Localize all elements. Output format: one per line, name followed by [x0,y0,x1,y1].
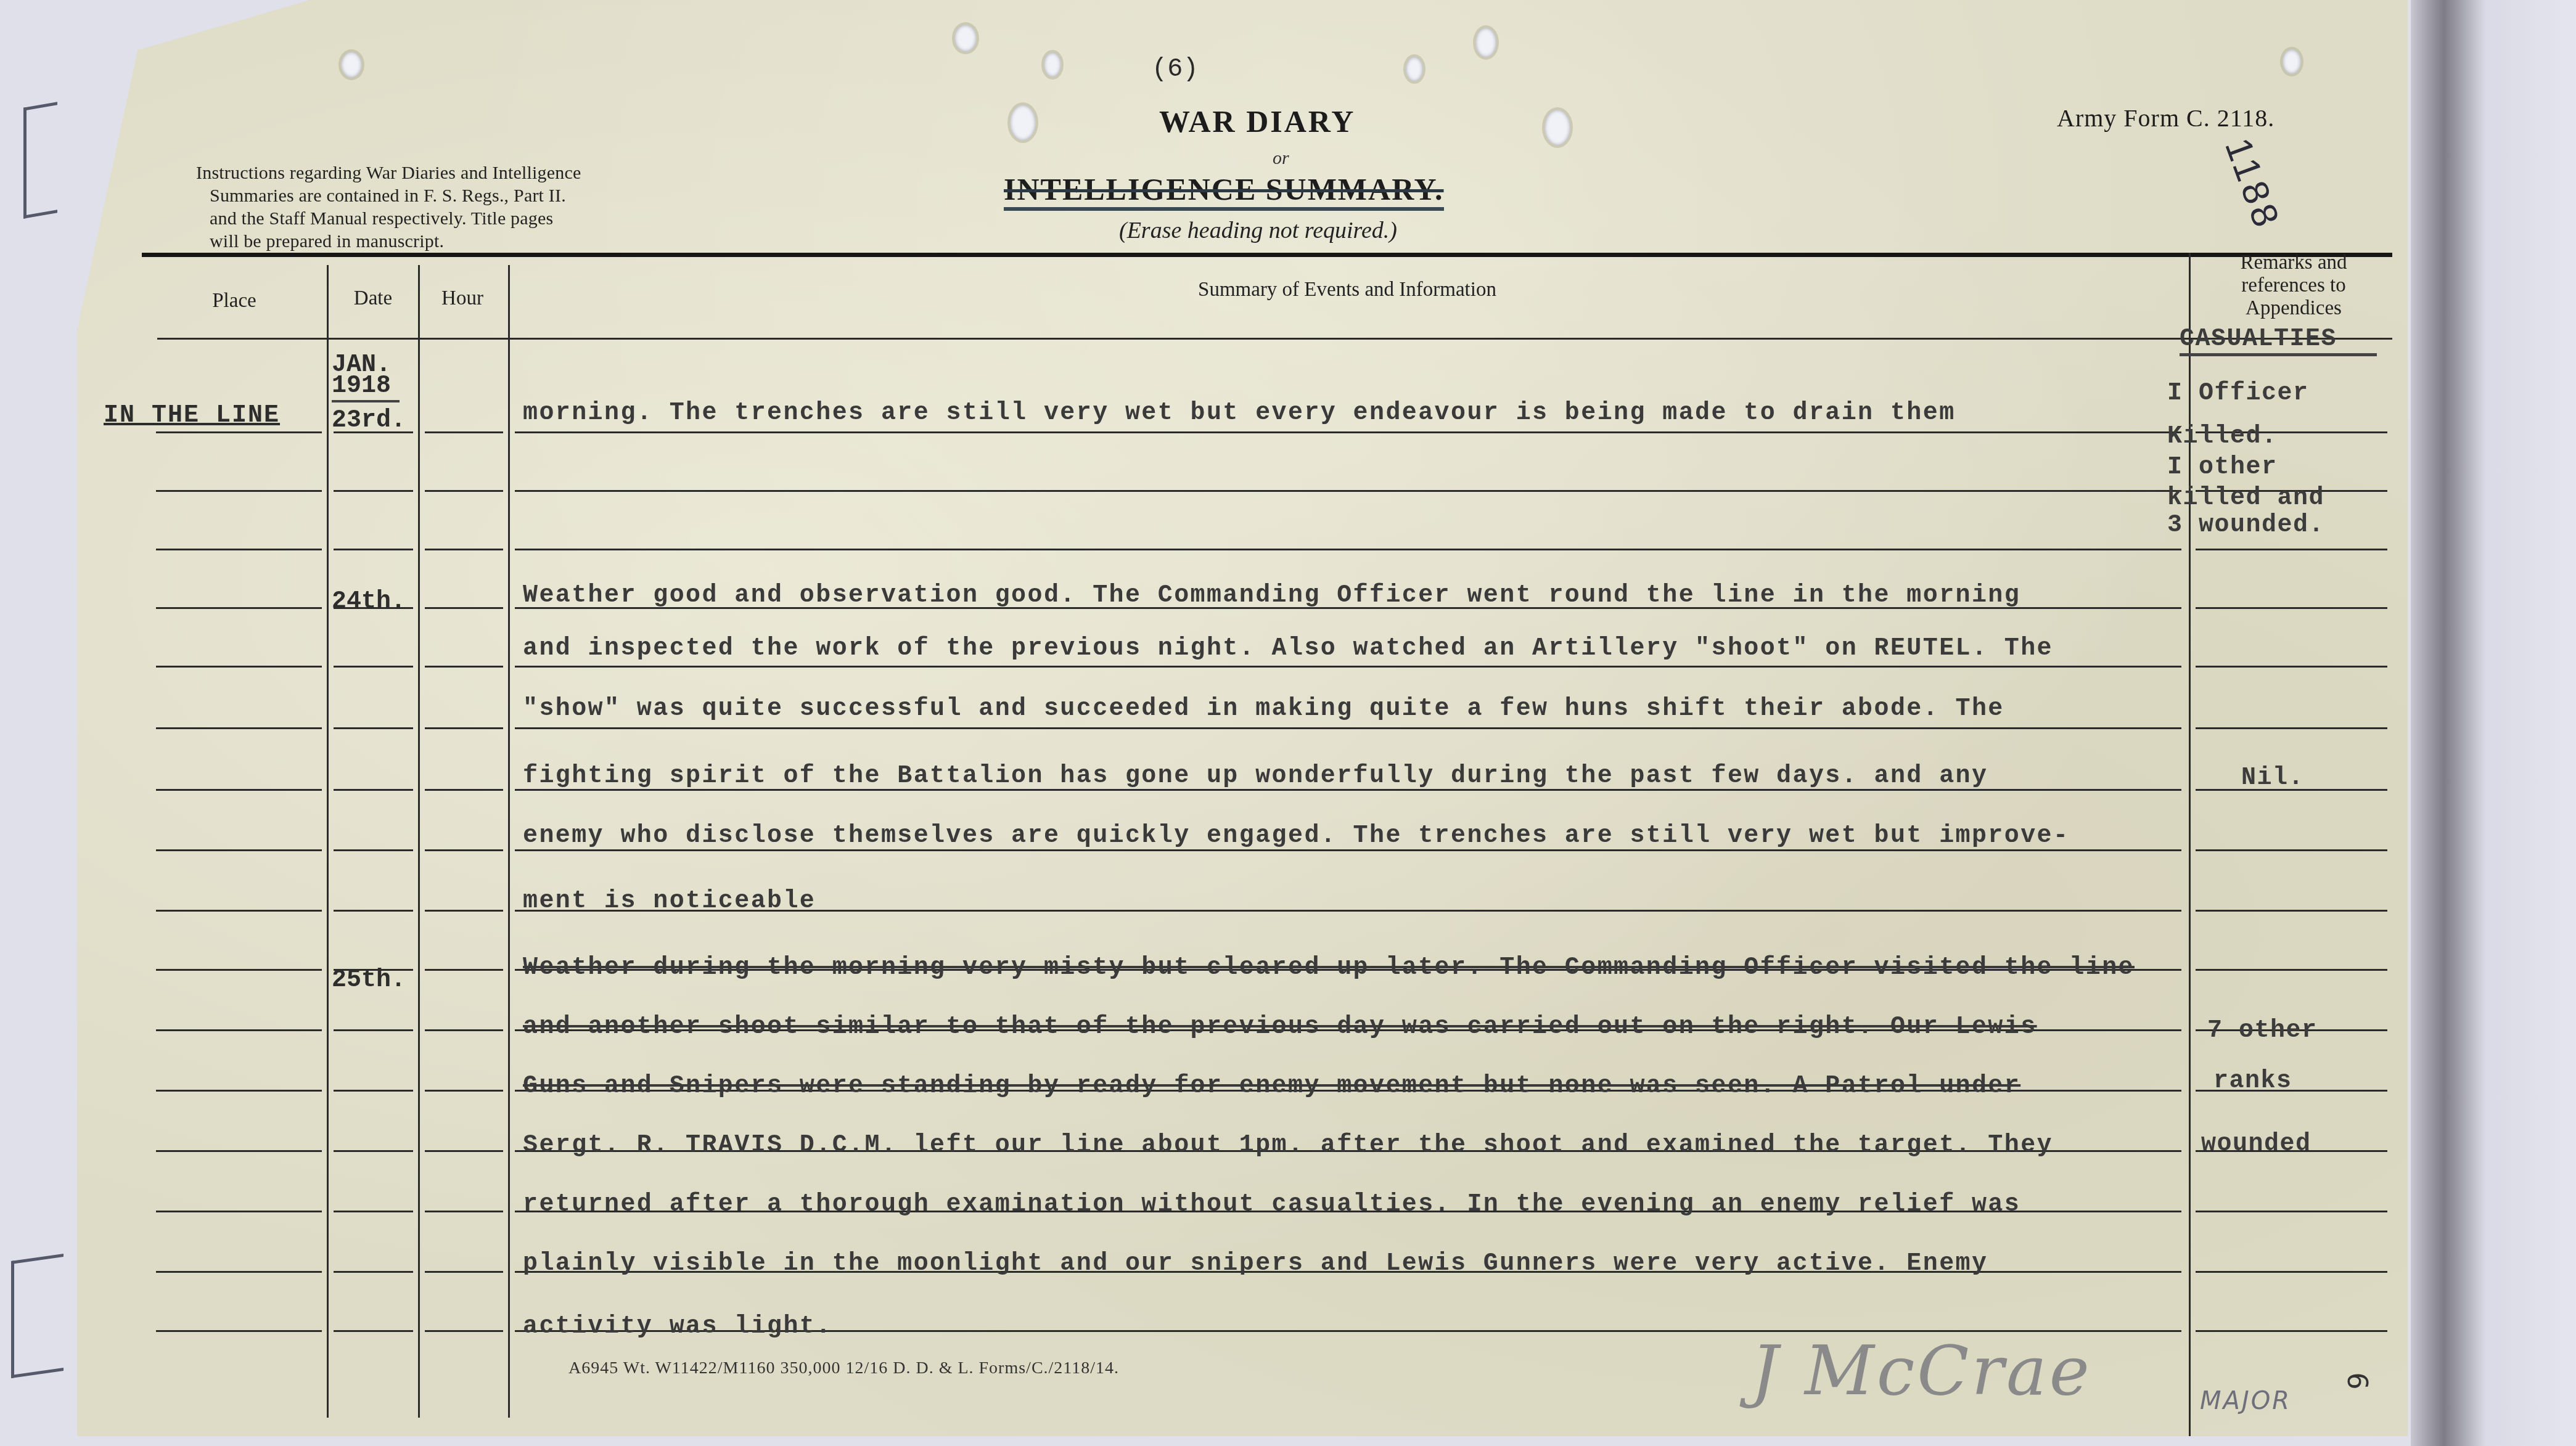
row-rule [156,490,322,492]
punch-hole [2283,49,2301,74]
row-rule [2196,849,2387,851]
row-rule [156,727,322,729]
summary-line: "show" was quite successful and succeede… [523,695,2004,723]
header-remarks-line: references to [2201,274,2386,297]
row-rule [334,490,413,492]
row-rule [334,666,413,668]
row-rule [515,490,2181,492]
remarks-casualty-line: ranks [2213,1068,2292,1095]
punch-hole [1010,105,1036,141]
row-rule [334,1211,413,1212]
row-rule [515,666,2181,668]
backdrop-shadow [2411,0,2576,1446]
row-rule [156,1090,322,1092]
row-rule [425,727,503,729]
remarks-casualty-line: I other [2167,454,2278,481]
row-rule [2196,1330,2387,1332]
row-rule [425,431,503,433]
row-rule [334,1029,413,1031]
row-rule [156,1330,322,1332]
erase-note: (Erase heading not required.) [1119,217,1397,244]
summary-line: activity was light. [523,1313,832,1341]
struck-subtitle: INTELLIGENCE SUMMARY. [1004,171,1444,211]
summary-line: and another shoot similar to that of the… [523,1013,2037,1041]
summary-line: and inspected the work of the previous n… [523,635,2053,663]
row-rule [156,607,322,609]
date-25th: 25th. [332,966,406,994]
header-hour: Hour [425,287,499,310]
row-rule [156,1271,322,1273]
instructions-line: Summaries are contained in F. S. Regs., … [196,184,726,207]
punch-hole [954,25,977,52]
summary-line: enemy who disclose themselves are quickl… [523,822,2069,850]
row-rule [334,549,413,550]
row-rule [2196,666,2387,668]
row-rule [156,849,322,851]
corner-mark: 6 [2341,1373,2373,1390]
row-rule [156,549,322,550]
punch-hole [1406,57,1423,81]
instructions-line: and the Staff Manual respectively. Title… [196,207,726,230]
row-rule [515,431,2181,433]
header-date: Date [336,287,410,310]
row-rule [425,1029,503,1031]
form-reference: Army Form C. 2118. [2057,104,2275,133]
column-divider-date [418,265,420,1418]
summary-line: Weather during the morning very misty bu… [523,954,2135,982]
title-connector: or [1273,148,1289,169]
row-rule [156,969,322,971]
remarks-casualty-line: Killed. [2167,423,2278,451]
row-rule [2196,910,2387,912]
printer-imprint: A6945 Wt. W11422/M1160 350,000 12/16 D. … [568,1358,1119,1378]
row-rule [425,789,503,791]
row-rule [334,1150,413,1152]
row-rule [425,969,503,971]
row-rule [2196,1211,2387,1212]
row-rule [334,849,413,851]
row-rule [425,607,503,609]
row-rule [334,910,413,912]
header-remarks-line: Remarks and [2201,251,2386,274]
row-rule [425,666,503,668]
header-remarks: Remarks and references to Appendices [2201,251,2386,320]
date-24th: 24th. [332,588,406,616]
header-place: Place [185,290,284,312]
row-rule [2196,1271,2387,1273]
remarks-casualty-line: killed and [2167,484,2324,512]
row-rule [425,1271,503,1273]
header-remarks-line: Appendices [2201,297,2386,320]
summary-line: morning. The trenches are still very wet… [523,399,1956,427]
officer-rank: MAJOR [2200,1387,2291,1415]
row-rule [515,549,2181,550]
row-rule [515,727,2181,729]
row-rule [2196,727,2387,729]
officer-signature: J McCrae [1751,1331,2092,1410]
row-rule [425,1211,503,1212]
row-rule [2196,969,2387,971]
row-rule [156,431,322,433]
summary-line: plainly visible in the moonlight and our… [523,1250,1988,1278]
row-rule [425,910,503,912]
remarks-casualty-line: wounded [2201,1130,2311,1158]
remarks-nil: Nil. [2241,764,2304,792]
remarks-casualty-line: I Officer [2167,380,2309,407]
summary-line: ment is noticeable [523,888,816,915]
page-number: (6) [1152,54,1199,84]
summary-line: Guns and Snipers were standing by ready … [523,1072,2020,1100]
row-rule [156,910,322,912]
date-year: 1918 [332,372,400,402]
row-rule [156,1211,322,1212]
column-header-rule [157,338,2392,340]
row-rule [425,1330,503,1332]
column-divider-place [327,265,329,1418]
row-rule [2196,549,2387,550]
place-entry: IN THE LINE [104,402,280,430]
date-23rd: 23rd. [332,407,406,435]
row-rule [2196,607,2387,609]
punch-hole [341,52,362,78]
instructions-note: Instructions regarding War Diaries and I… [196,161,726,253]
row-rule [334,789,413,791]
punch-hole [1544,110,1570,145]
row-rule [156,1150,322,1152]
row-rule [156,789,322,791]
row-rule [425,849,503,851]
row-rule [425,1150,503,1152]
pencil-marker-left-bottom [11,1254,64,1378]
instructions-line: Instructions regarding War Diaries and I… [196,161,726,184]
column-divider-hour [508,265,510,1418]
document-title: WAR DIARY [1159,104,1355,139]
row-rule [334,1330,413,1332]
summary-line: Weather good and observation good. The C… [523,582,2020,610]
row-rule [425,490,503,492]
remarks-casualty-line: 7 other [2207,1017,2318,1045]
row-rule [334,727,413,729]
punch-hole [1475,28,1496,57]
header-summary: Summary of Events and Information [1048,279,1646,301]
remarks-heading: CASUALTIES [2180,325,2377,356]
row-rule [334,1090,413,1092]
row-rule [334,1271,413,1273]
instructions-line: will be prepared in manuscript. [196,230,726,253]
punch-hole [1044,52,1061,77]
row-rule [425,549,503,550]
row-rule [156,666,322,668]
row-rule [425,1090,503,1092]
remarks-casualty-line: 3 wounded. [2167,512,2324,539]
summary-line: returned after a thorough examination wi… [523,1191,2020,1219]
pencil-marker-left-top [23,102,57,219]
summary-line: Sergt. R. TRAVIS D.C.M. left our line ab… [523,1132,2053,1159]
header-rule [142,253,2392,257]
summary-line: fighting spirit of the Battalion has gon… [523,762,1988,790]
row-rule [156,1029,322,1031]
